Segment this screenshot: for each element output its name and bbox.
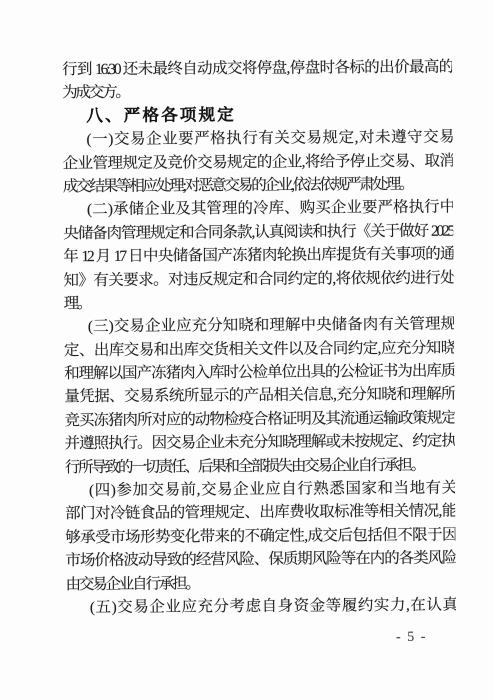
text-line: (二)承储企业及其管理的冷库、购买企业要严格执行中 [63, 196, 453, 222]
text-line: 由交易企业自行承担。 [66, 570, 456, 596]
text-line: 量凭据、交易系统所显示的产品相关信息,充分知晓和理解所 [64, 383, 454, 409]
text-line: 央储备肉管理规定和合同条款,认真阅读和执行《关于做好 2025 [63, 219, 453, 245]
text-line: 市场价格波动导致的经营风险、保质期风险等在内的各类风险 [65, 547, 455, 573]
text-line: 行所导致的一切责任、后果和全部损失由交易企业自行承担。 [65, 453, 455, 479]
text-line: 理。 [64, 289, 454, 315]
text-line: 竞买冻猪肉所对应的动物检疫合格证明及其流通运输政策规定 [64, 406, 454, 432]
text-line: 企业管理规定及竞价交易规定的企业,将给予停止交易、取消 [63, 149, 453, 175]
document-body: 行到 16:30 还未最终自动成交将停盘,停盘时各标的出价最高的为成交方。八、严… [62, 56, 456, 620]
text-line: 定、出库交易和出库交货相关文件以及合同约定,应充分知晓 [64, 336, 454, 362]
text-line: (三)交易企业应充分知晓和理解中央储备肉有关管理规 [64, 313, 454, 339]
text-line: (五)交易企业应充分考虑自身资金等履约实力,在认真 [66, 594, 456, 620]
text-line: 成交结果等相应处理;对恶意交易的企业,依法依规严肃处理。 [63, 173, 453, 199]
document-page: 行到 16:30 还未最终自动成交将停盘,停盘时各标的出价最高的为成交方。八、严… [0, 0, 494, 700]
text-line: (四)参加交易前,交易企业应自行熟悉国家和当地有关 [65, 477, 455, 503]
text-line: (一)交易企业要严格执行有关交易规定,对未遵守交易 [62, 126, 452, 152]
text-line: 够承受市场形势变化带来的不确定性,成交后包括但不限于因 [65, 523, 455, 549]
text-line: 为成交方。 [62, 79, 452, 105]
section-heading: 八、严格各项规定 [62, 102, 452, 128]
scan-tilt-layer: 行到 16:30 还未最终自动成交将停盘,停盘时各标的出价最高的为成交方。八、严… [0, 0, 494, 700]
text-line: 部门对冷链食品的管理规定、出库费收取标准等相关情况,能 [65, 500, 455, 526]
text-line: 年 12 月 17 日中央储备国产冻猪肉轮换出库提货有关事项的通 [63, 243, 453, 269]
text-line: 行到 16:30 还未最终自动成交将停盘,停盘时各标的出价最高的 [62, 56, 452, 82]
text-line: 和理解以国产冻猪肉入库时公检单位出具的公检证书为出库质 [64, 360, 454, 386]
page-number: - 5 - [396, 630, 427, 646]
text-line: 并遵照执行。因交易企业未充分知晓理解或未按规定、约定执 [65, 430, 455, 456]
text-line: 知》有关要求。对违反规定和合同约定的,将依规依约进行处 [63, 266, 453, 292]
